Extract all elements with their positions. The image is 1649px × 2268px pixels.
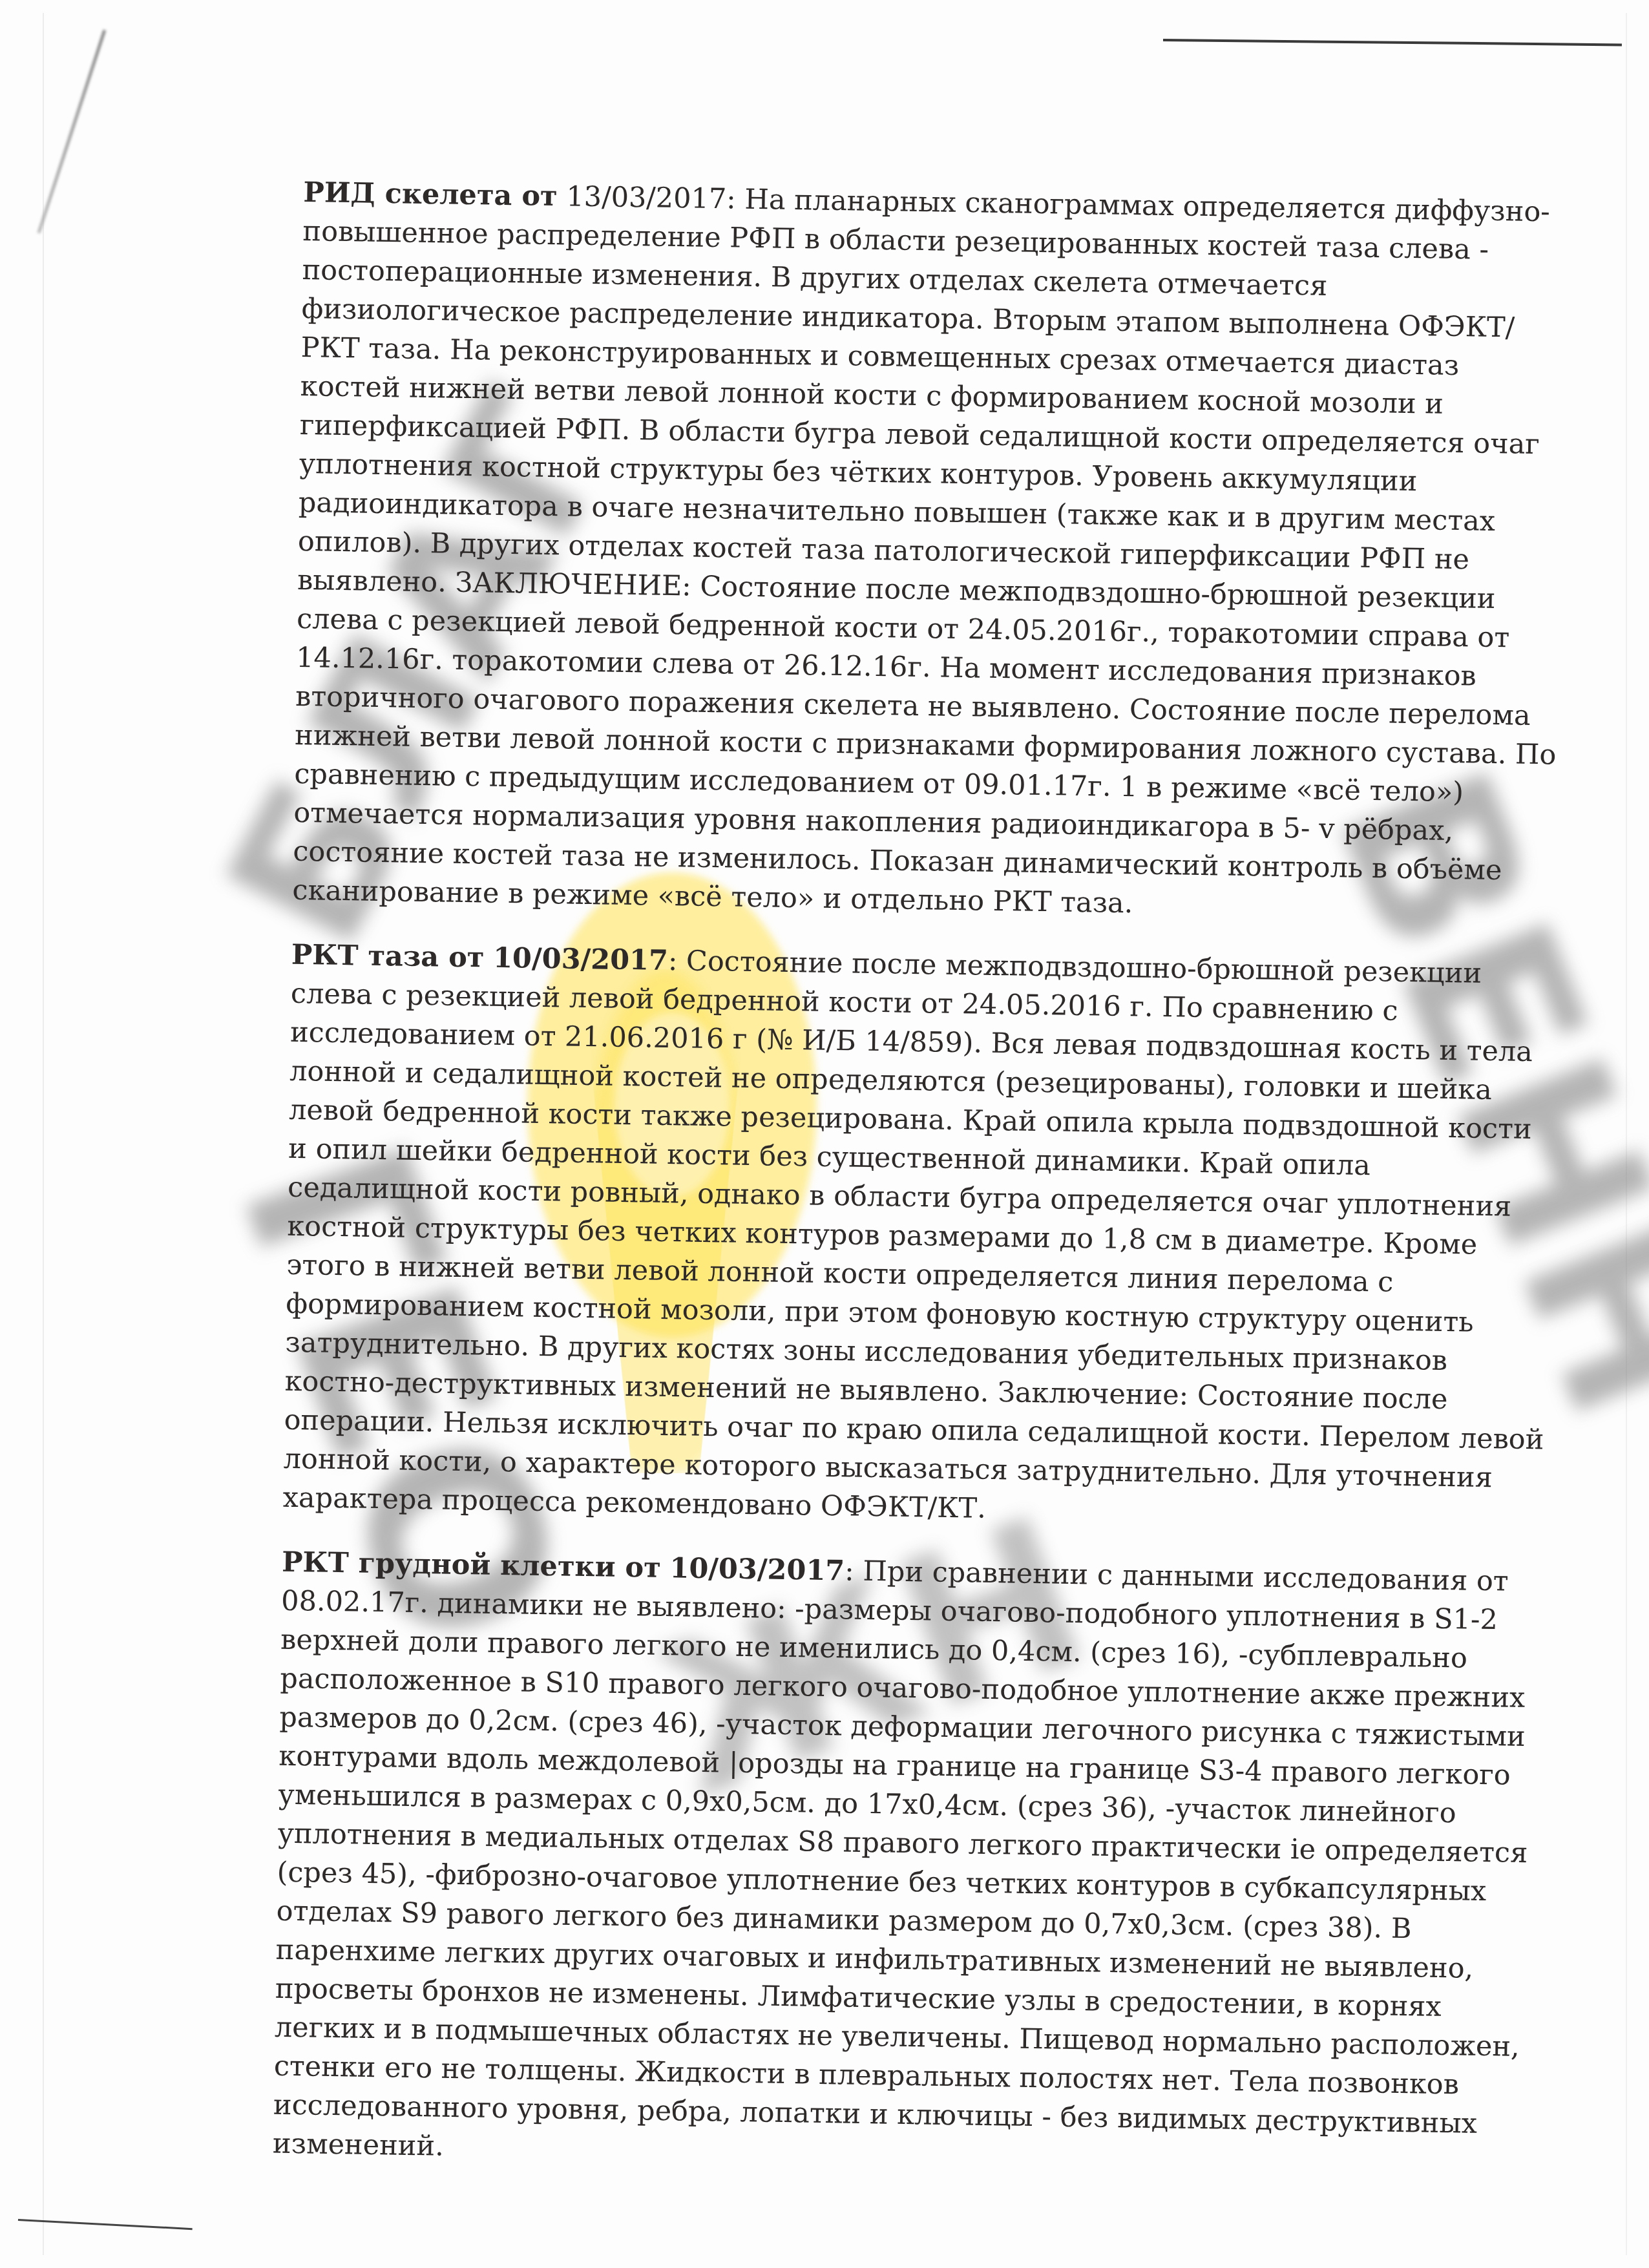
diagonal-scan-line	[37, 30, 106, 233]
report-body: РИД скелета от 13/03/2017: На планарных …	[272, 173, 1570, 2209]
bottom-rule-line	[18, 2219, 193, 2230]
top-rule-line	[1163, 39, 1622, 46]
scan-edge-right	[1626, 13, 1627, 2255]
section-text: : Состояние после межподвздошно-брюшной …	[282, 945, 1544, 1525]
section-text: На планарных сканограммах определяется д…	[292, 184, 1557, 920]
section-heading: РКТ грудной клетки от	[282, 1546, 661, 1584]
section-heading: РИД скелета от	[303, 176, 558, 213]
section-pelvis-ct: РКТ таза от 10/03/2017: Состояние после …	[282, 936, 1558, 1537]
section-heading: РКТ таза от	[291, 939, 485, 974]
scan-edge-left	[43, 13, 44, 2255]
section-date: 10/03/2017	[493, 942, 669, 977]
section-date: 13/03/2017:	[566, 180, 736, 215]
section-skeleton-scan: РИД скелета от 13/03/2017: На планарных …	[292, 173, 1570, 930]
section-chest-ct: РКТ грудной клетки от 10/03/2017: При ср…	[273, 1543, 1549, 2183]
section-date: 10/03/2017	[669, 1552, 845, 1587]
section-text: : При сравнении с данными исследования о…	[273, 1555, 1528, 2162]
